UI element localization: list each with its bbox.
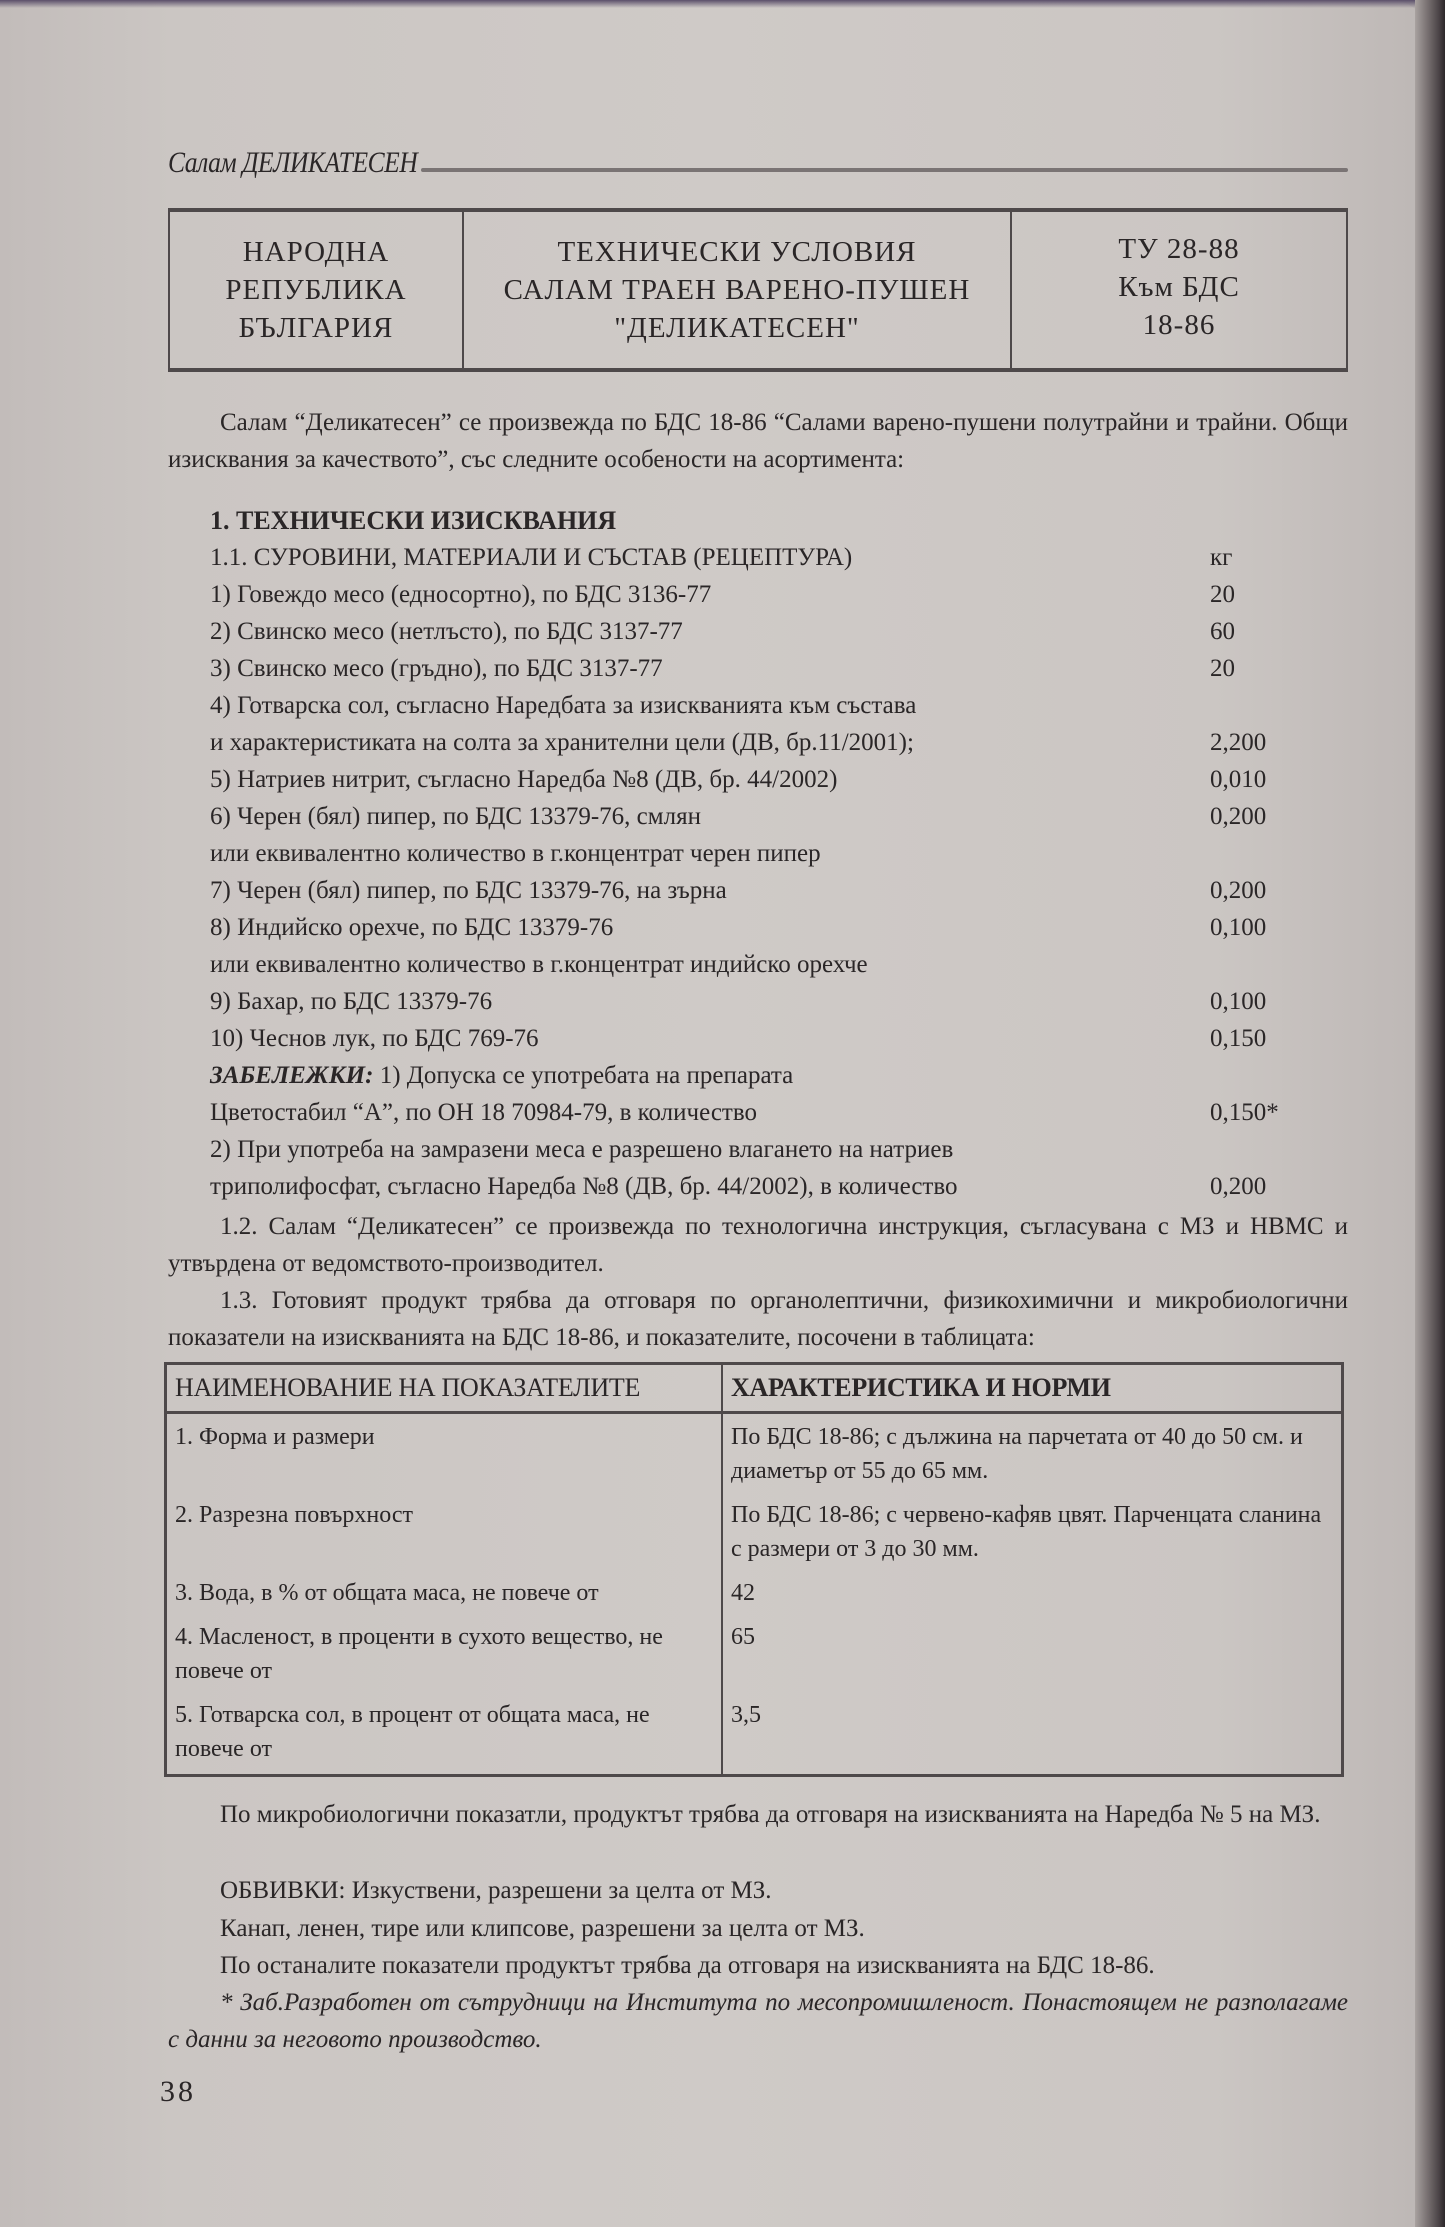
ingredient-row: 7) Черен (бял) пипер, по БДС 13379-76, н… xyxy=(210,872,1290,909)
technical-requirements: 1. ТЕХНИЧЕСКИ ИЗИСКВАНИЯ 1.1. СУРОВИНИ, … xyxy=(210,502,1290,1205)
ingredient-row: или еквивалентно количество в г.концентр… xyxy=(210,835,1290,872)
ingredient-quantity: 20 xyxy=(1210,576,1290,613)
ingredient-quantity xyxy=(1210,946,1290,983)
indicator-name: 1. Форма и размери xyxy=(166,1413,723,1493)
ingredient-quantity xyxy=(1210,687,1290,724)
ingredient-text: или еквивалентно количество в г.концентр… xyxy=(210,946,868,983)
note-text: Цветостабил “А”, по ОН 18 70984-79, в ко… xyxy=(210,1099,757,1126)
header-characteristics: ХАРАКТЕРИСТИКА И НОРМИ xyxy=(722,1364,1343,1413)
ingredient-quantity: 0,010 xyxy=(1210,761,1290,798)
microbiology-paragraph: По микробиологични показатли, продуктът … xyxy=(168,1796,1348,1833)
indicator-norm: 65 xyxy=(722,1614,1343,1692)
note-text: 2) При употреба на замразени меса е разр… xyxy=(210,1136,953,1163)
ingredient-text: 9) Бахар, по БДС 13379-76 xyxy=(210,983,492,1020)
ingredient-row: 10) Чеснов лук, по БДС 769-760,150 xyxy=(210,1020,1290,1057)
indicator-name: 3. Вода, в % от общата маса, не повече о… xyxy=(166,1570,723,1614)
norms-table: НАИМЕНОВАНИЕ НА ПОКАЗАТЕЛИТЕ ХАРАКТЕРИСТ… xyxy=(164,1362,1344,1777)
ingredient-row: 6) Черен (бял) пипер, по БДС 13379-76, с… xyxy=(210,798,1290,835)
title-box: НАРОДНА РЕПУБЛИКА БЪЛГАРИЯ ТЕХНИЧЕСКИ УС… xyxy=(168,208,1348,372)
indicator-name: 4. Масленост, в проценти в сухото вещест… xyxy=(166,1614,723,1692)
ingredient-text: 8) Индийско орехче, по БДС 13379-76 xyxy=(210,909,613,946)
intro-paragraph: Салам “Деликатесен” се произвежда по БДС… xyxy=(168,404,1348,478)
ingredient-text: 6) Черен (бял) пипер, по БДС 13379-76, с… xyxy=(210,798,701,835)
casings-paragraph: ОБВИВКИ: Изкуствени, разрешени за целта … xyxy=(168,1872,1348,1909)
ingredient-quantity: 0,200 xyxy=(1210,798,1290,835)
ingredient-text: 4) Готварска сол, съгласно Наредбата за … xyxy=(210,687,916,724)
indicator-norm: 42 xyxy=(722,1570,1343,1614)
table-row: 3. Вода, в % от общата маса, не повече о… xyxy=(166,1570,1343,1614)
table-row: 5. Готварска сол, в процент от общата ма… xyxy=(166,1692,1343,1776)
header-indicator-name: НАИМЕНОВАНИЕ НА ПОКАЗАТЕЛИТЕ xyxy=(166,1364,723,1413)
ingredient-row: 3) Свинско месо (гръдно), по БДС 3137-77… xyxy=(210,650,1290,687)
ingredient-row: 2) Свинско месо (нетлъсто), по БДС 3137-… xyxy=(210,613,1290,650)
notes-list: ЗАБЕЛЕЖКИ: 1) Допуска се употребата на п… xyxy=(210,1057,1290,1205)
ingredient-quantity: 0,100 xyxy=(1210,983,1290,1020)
note-row: ЗАБЕЛЕЖКИ: 1) Допуска се употребата на п… xyxy=(210,1057,1290,1094)
table-row: 1. Форма и размериПо БДС 18-86; с дължин… xyxy=(166,1413,1343,1493)
note-quantity xyxy=(1210,1131,1290,1168)
norms-table-header: НАИМЕНОВАНИЕ НА ПОКАЗАТЕЛИТЕ ХАРАКТЕРИСТ… xyxy=(166,1364,1343,1413)
note-text-wrap: триполифосфат, съгласно Наредба №8 (ДВ, … xyxy=(210,1168,958,1205)
indicator-name: 5. Готварска сол, в процент от общата ма… xyxy=(166,1692,723,1776)
page-top-shadow xyxy=(0,0,1430,8)
unit-label: кг xyxy=(1210,539,1290,576)
table-row: 2. Разрезна повърхностПо БДС 18-86; с че… xyxy=(166,1492,1343,1570)
note-row: 2) При употреба на замразени меса е разр… xyxy=(210,1131,1290,1168)
ingredient-row: или еквивалентно количество в г.концентр… xyxy=(210,946,1290,983)
indicator-norm: По БДС 18-86; с дължина на парчетата от … xyxy=(722,1413,1343,1493)
ingredient-list: 1) Говеждо месо (едносортно), по БДС 313… xyxy=(210,576,1290,1057)
title-box-country: НАРОДНА РЕПУБЛИКА БЪЛГАРИЯ xyxy=(170,212,464,368)
ingredient-row: 5) Натриев нитрит, съгласно Наредба №8 (… xyxy=(210,761,1290,798)
note-quantity: 0,150* xyxy=(1210,1094,1290,1131)
ingredient-quantity: 2,200 xyxy=(1210,724,1290,761)
ingredient-row: 8) Индийско орехче, по БДС 13379-760,100 xyxy=(210,909,1290,946)
note-quantity: 0,200 xyxy=(1210,1168,1290,1205)
ingredient-text: и характеристиката на солта за хранителн… xyxy=(210,724,914,761)
running-head-title: Салам ДЕЛИКАТЕСЕН xyxy=(168,146,417,180)
note-quantity xyxy=(1210,1057,1290,1094)
ingredient-row: и характеристиката на солта за хранителн… xyxy=(210,724,1290,761)
footnote: * Заб.Разработен от сътрудници на Инстит… xyxy=(168,1984,1348,2058)
indicator-norm: По БДС 18-86; с червено-кафяв цвят. Парч… xyxy=(722,1492,1343,1570)
ingredient-text: 7) Черен (бял) пипер, по БДС 13379-76, н… xyxy=(210,872,727,909)
note-text: триполифосфат, съгласно Наредба №8 (ДВ, … xyxy=(210,1173,958,1200)
indicator-name: 2. Разрезна повърхност xyxy=(166,1492,723,1570)
page-number: 38 xyxy=(160,2075,196,2109)
running-head: Салам ДЕЛИКАТЕСЕН xyxy=(168,140,1348,180)
title-box-standard: ТУ 28-88 Към БДС 18-86 xyxy=(1012,212,1346,368)
ingredient-quantity xyxy=(1210,835,1290,872)
note-text-wrap: ЗАБЕЛЕЖКИ: 1) Допуска се употребата на п… xyxy=(210,1057,793,1094)
ingredient-row: 9) Бахар, по БДС 13379-760,100 xyxy=(210,983,1290,1020)
table-row: 4. Масленост, в проценти в сухото вещест… xyxy=(166,1614,1343,1692)
ingredient-row: 4) Готварска сол, съгласно Наредбата за … xyxy=(210,687,1290,724)
title-box-title: ТЕХНИЧЕСКИ УСЛОВИЯ САЛАМ ТРАЕН ВАРЕНО-ПУ… xyxy=(464,212,1012,368)
recipe-subheading: 1.1. СУРОВИНИ, МАТЕРИАЛИ И СЪСТАВ (РЕЦЕП… xyxy=(210,539,852,576)
ingredient-text: или еквивалентно количество в г.концентр… xyxy=(210,835,821,872)
ingredient-quantity: 60 xyxy=(1210,613,1290,650)
ingredient-row: 1) Говеждо месо (едносортно), по БДС 313… xyxy=(210,576,1290,613)
ingredient-text: 10) Чеснов лук, по БДС 769-76 xyxy=(210,1020,539,1057)
ingredient-text: 3) Свинско месо (гръдно), по БДС 3137-77 xyxy=(210,650,663,687)
ingredient-quantity: 0,200 xyxy=(1210,872,1290,909)
other-indicators-paragraph: По останалите показатели продуктът трябв… xyxy=(168,1947,1348,1984)
note-row: триполифосфат, съгласно Наредба №8 (ДВ, … xyxy=(210,1168,1290,1205)
note-text-wrap: Цветостабил “А”, по ОН 18 70984-79, в ко… xyxy=(210,1094,757,1131)
ingredient-text: 5) Натриев нитрит, съгласно Наредба №8 (… xyxy=(210,761,837,798)
running-head-rule xyxy=(421,168,1348,172)
note-text: 1) Допуска се употребата на препарата xyxy=(373,1062,793,1089)
section-heading: 1. ТЕХНИЧЕСКИ ИЗИСКВАНИЯ xyxy=(210,502,1290,539)
paragraph-1-2: 1.2. Салам “Деликатесен” се произвежда п… xyxy=(168,1208,1348,1282)
ingredient-quantity: 0,150 xyxy=(1210,1020,1290,1057)
ingredient-text: 2) Свинско месо (нетлъсто), по БДС 3137-… xyxy=(210,613,683,650)
note-text-wrap: 2) При употреба на замразени меса е разр… xyxy=(210,1131,953,1168)
twine-paragraph: Канап, ленен, тире или клипсове, разреше… xyxy=(168,1910,1348,1947)
ingredient-text: 1) Говеждо месо (едносортно), по БДС 313… xyxy=(210,576,711,613)
recipe-subheading-row: 1.1. СУРОВИНИ, МАТЕРИАЛИ И СЪСТАВ (РЕЦЕП… xyxy=(210,539,1290,576)
ingredient-quantity: 20 xyxy=(1210,650,1290,687)
note-row: Цветостабил “А”, по ОН 18 70984-79, в ко… xyxy=(210,1094,1290,1131)
page-edge-shadow xyxy=(1415,0,1445,2227)
indicator-norm: 3,5 xyxy=(722,1692,1343,1776)
paragraph-1-3: 1.3. Готовият продукт трябва да отговаря… xyxy=(168,1282,1348,1356)
notes-label: ЗАБЕЛЕЖКИ: xyxy=(210,1062,373,1089)
ingredient-quantity: 0,100 xyxy=(1210,909,1290,946)
book-page: Салам ДЕЛИКАТЕСЕН НАРОДНА РЕПУБЛИКА БЪЛГ… xyxy=(0,0,1430,2227)
